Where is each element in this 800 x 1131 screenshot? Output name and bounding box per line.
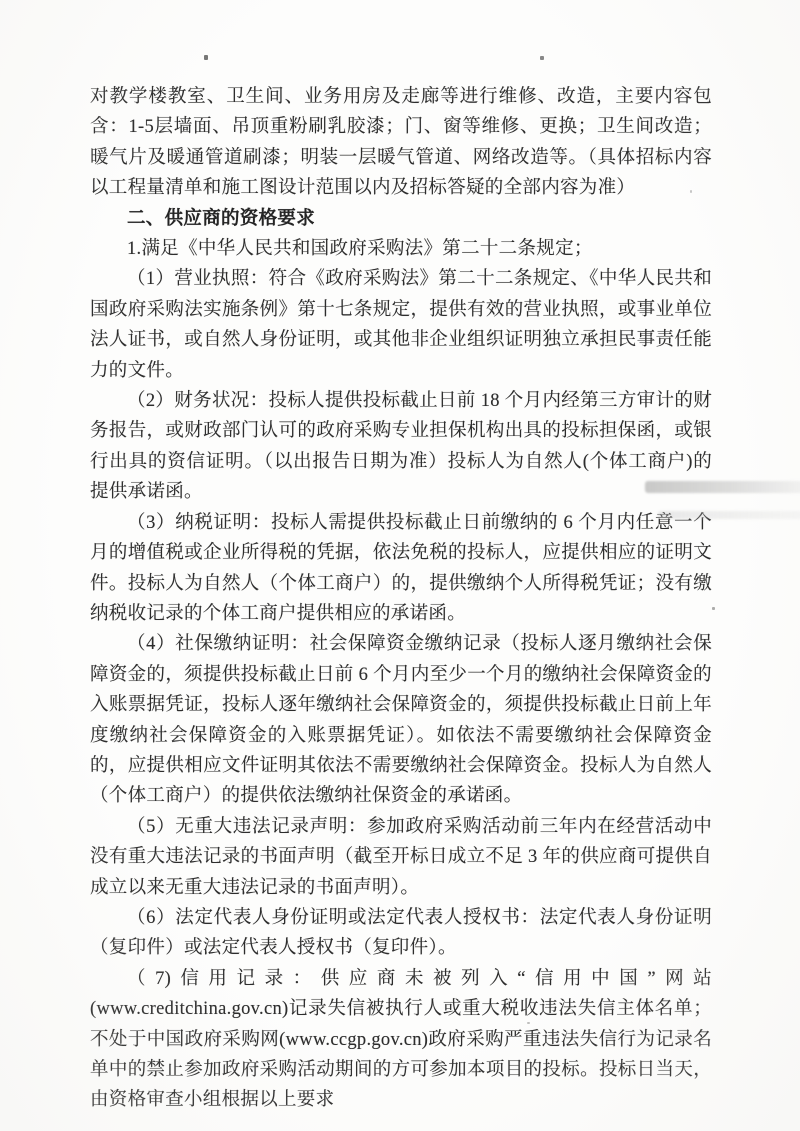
document-body: 对教学楼教室、卫生间、业务用房及走廊等进行维修、改造，主要内容包含：1-5层墙面… xyxy=(90,82,712,1116)
paragraph-project-scope: 对教学楼教室、卫生间、业务用房及走廊等进行维修、改造，主要内容包含：1-5层墙面… xyxy=(90,82,712,204)
item-legal-representative: （6）法定代表人身份证明或法定代表人授权书：法定代表人身份证明（复印件）或法定代… xyxy=(90,903,712,964)
scanned-page: 对教学楼教室、卫生间、业务用房及走廊等进行维修、改造，主要内容包含：1-5层墙面… xyxy=(0,0,800,1131)
item-business-license: （1）营业执照：符合《政府采购法》第二十二条规定、《中华人民共和国政府采购法实施… xyxy=(90,264,712,386)
item-tax-certificate: （3）纳税证明：投标人需提供投标截止日前缴纳的 6 个月内任意一个月的增值税或企… xyxy=(90,508,712,630)
item-social-security: （4）社保缴纳证明：社会保障资金缴纳记录（投标人逐月缴纳社会保障资金的，须提供投… xyxy=(90,629,712,811)
scan-speck xyxy=(712,607,715,610)
scan-speck xyxy=(540,56,544,60)
item-credit-record: （7)信用记录：供应商未被列入“信用中国”网站(www.creditchina.… xyxy=(90,964,712,1116)
item-no-major-violation: （5）无重大违法记录声明：参加政府采购活动前三年内在经营活动中没有重大违法记录的… xyxy=(90,812,712,903)
scan-speck xyxy=(204,55,208,60)
section-heading-supplier-qualifications: 二、供应商的资格要求 xyxy=(90,204,712,234)
clause-law-article-22: 1.满足《中华人民共和国政府采购法》第二十二条规定； xyxy=(90,234,712,264)
item-financial-status: （2）财务状况：投标人提供投标截止日前 18 个月内经第三方审计的财务报告，或财… xyxy=(90,386,712,508)
